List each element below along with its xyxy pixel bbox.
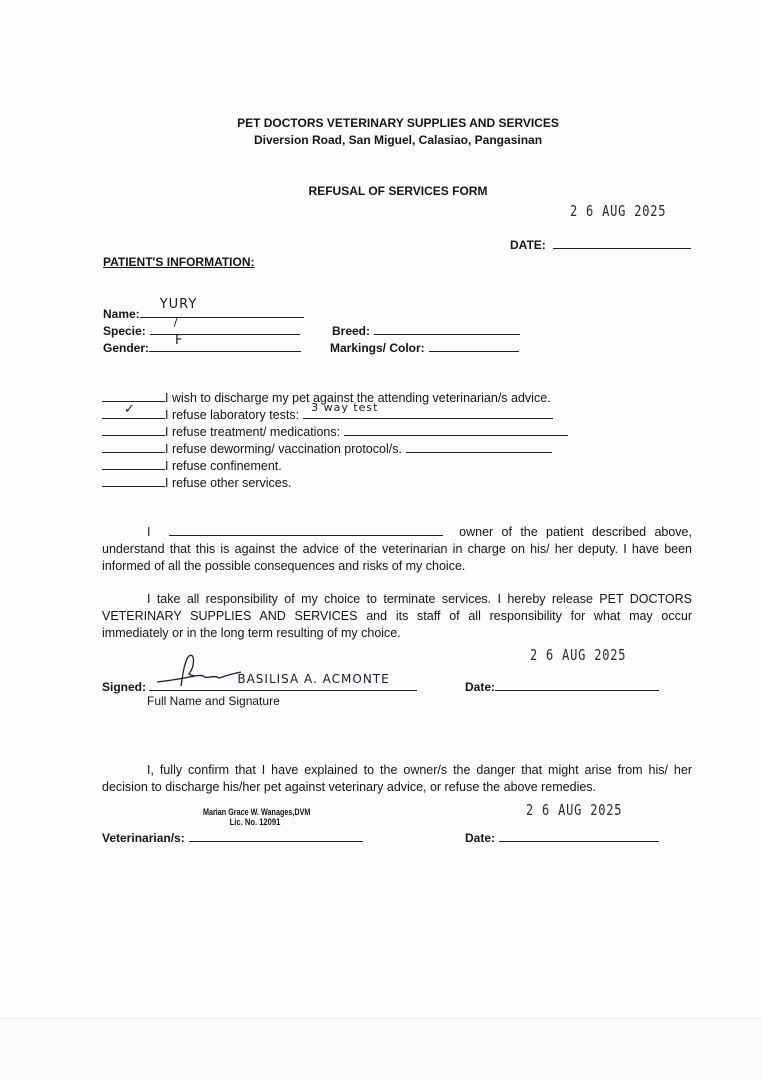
gender-field[interactable]: Gender:F [103,339,301,355]
vet-name: Marian Grace W. Wanages,DVM [203,807,307,817]
gender-value: F [175,333,183,348]
refusal-option[interactable]: ✓I refuse laboratory tests:3 way test [102,406,553,422]
vet-date-field[interactable]: Date: [465,829,659,845]
option-detail-line[interactable] [406,440,552,453]
specie-field[interactable]: Specie:/ [103,322,300,338]
gender-label: Gender: [103,341,149,355]
option-text: I refuse deworming/ vaccination protocol… [165,442,402,456]
refusal-option[interactable]: I refuse confinement. [102,457,282,473]
owner-name-line[interactable] [169,523,443,536]
refusal-option[interactable]: I refuse other services. [102,474,291,490]
signed-label: Signed: [102,680,146,694]
owner-date-label: Date: [465,680,495,694]
owner-statement: I owner of the patient described above, … [102,523,692,575]
markings-line [429,339,519,352]
name-value: YURY [160,297,198,312]
owner-date-field[interactable]: Date: [465,678,659,694]
option-check-line[interactable] [102,440,165,453]
option-text: I refuse confinement. [165,459,282,473]
signature-scribble-icon [155,652,245,692]
form-title: REFUSAL OF SERVICES FORM [0,184,762,198]
date-field-top[interactable]: DATE: [510,236,691,252]
owner-prefix: I [147,525,150,539]
option-check-line[interactable] [102,457,165,470]
option-detail-value: 3 way test [311,401,378,414]
name-field[interactable]: Name:YURY [103,305,304,321]
option-text: I refuse treatment/ medications: [165,425,340,439]
option-detail-line[interactable]: 3 way test [303,406,553,419]
markings-label: Markings/ Color: [330,341,425,355]
option-check-line[interactable] [102,423,165,436]
refusal-option[interactable]: I refuse deworming/ vaccination protocol… [102,440,552,456]
date-stamp-vet: 2 6 AUG 2025 [526,801,622,819]
breed-line [374,322,520,335]
specie-value: / [174,316,179,329]
checkmark-icon: ✓ [124,402,136,417]
company-name: PET DOCTORS VETERINARY SUPPLIES AND SERV… [0,116,762,130]
signature-caption: Full Name and Signature [147,694,280,708]
vet-signature-field[interactable]: Veterinarian/s: [102,829,363,845]
company-address: Diversion Road, San Miguel, Calasiao, Pa… [0,133,762,147]
option-check-line[interactable]: ✓ [102,406,165,419]
owner-name-value: BASILISA A. ACMONTE [237,672,389,686]
option-text: I refuse other services. [165,476,291,490]
vet-line [189,829,363,842]
vet-statement-text: I, fully confirm that I have explained t… [102,763,692,794]
date-stamp-owner: 2 6 AUG 2025 [530,646,626,664]
name-label: Name: [103,307,140,321]
release-statement: I take all responsibility of my choice t… [102,591,692,642]
signature-line: BASILISA A. ACMONTE [149,678,417,691]
owner-signature-field[interactable]: Signed: BASILISA A. ACMONTE [102,678,417,694]
refusal-option[interactable]: I refuse treatment/ medications: [102,423,568,439]
scanned-form-page [0,0,762,1018]
option-check-line[interactable] [102,474,165,487]
option-detail-line[interactable] [344,423,568,436]
release-statement-text: I take all responsibility of my choice t… [102,592,692,640]
vet-date-label: Date: [465,831,495,845]
patient-info-heading: PATIENT'S INFORMATION: [103,255,255,269]
owner-date-line [495,678,659,691]
vet-stamp: Marian Grace W. Wanages,DVM Lic. No. 120… [190,807,320,828]
date-line [553,236,691,249]
date-label: DATE: [510,238,546,252]
breed-field[interactable]: Breed: [332,322,520,338]
gender-line: F [149,339,301,352]
breed-label: Breed: [332,324,370,338]
vet-license: Lic. No. 12091 [203,817,307,828]
date-stamp-top: 2 6 AUG 2025 [570,202,666,220]
option-check-line[interactable] [102,389,165,402]
name-line: YURY [140,305,304,318]
specie-label: Specie: [103,324,146,338]
scanner-bed-strip [0,1018,762,1080]
vet-label: Veterinarian/s: [102,831,185,845]
specie-line: / [150,322,300,335]
vet-statement: I, fully confirm that I have explained t… [102,762,692,796]
markings-field[interactable]: Markings/ Color: [330,339,519,355]
vet-date-line [499,829,659,842]
option-text: I refuse laboratory tests: [165,408,299,422]
